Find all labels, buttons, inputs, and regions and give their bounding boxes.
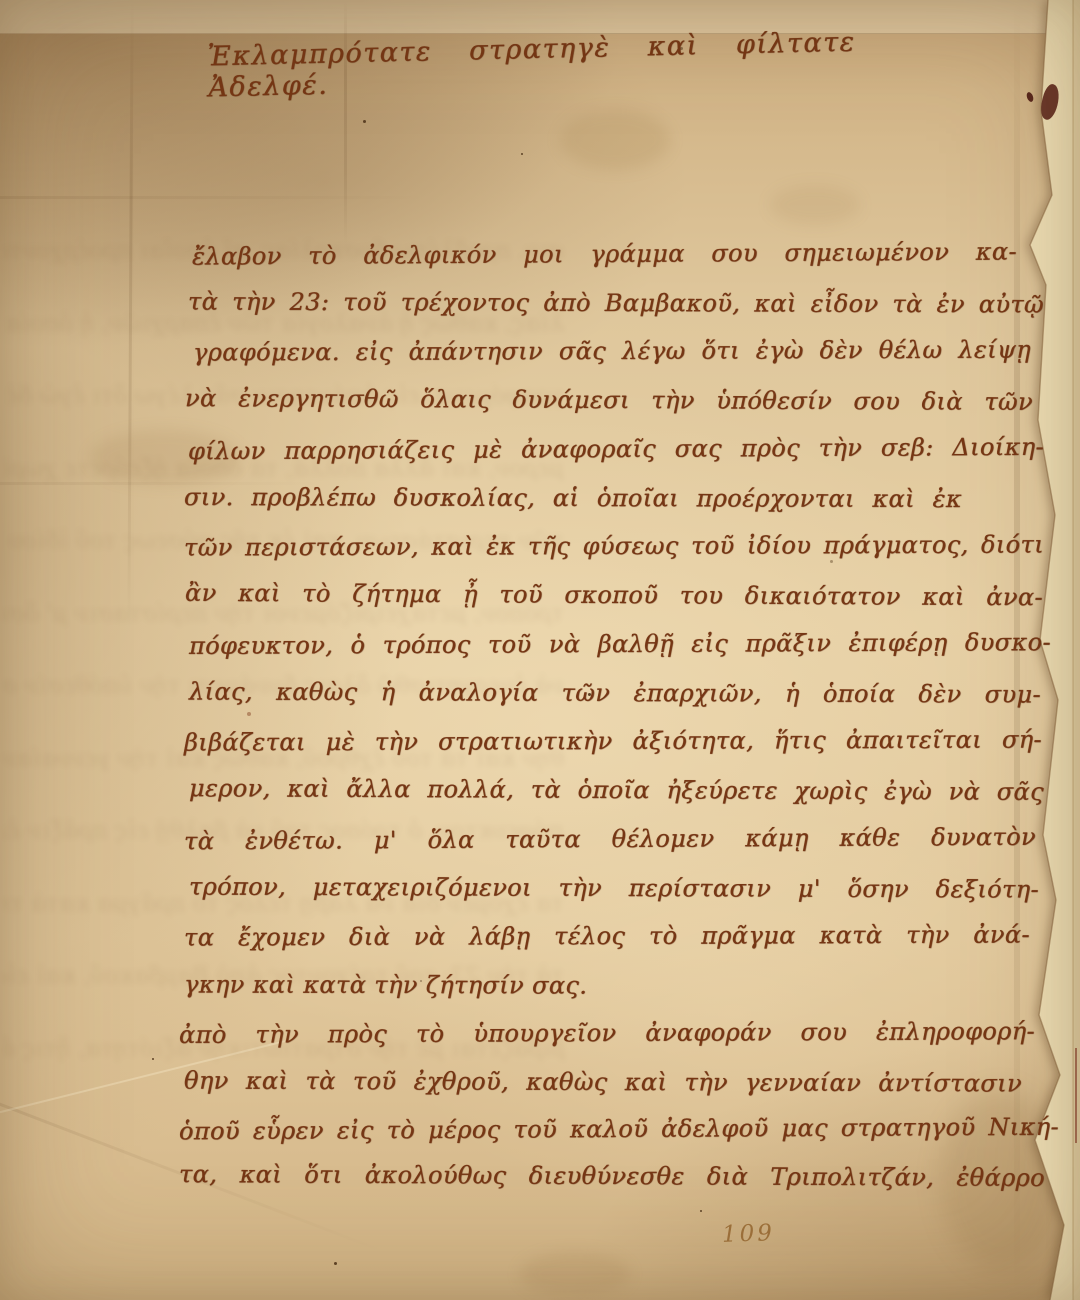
handwritten-line: θην καὶ τὰ τοῦ ἐχθροῦ, καθὼς καὶ τὴν γεν…: [184, 1058, 1022, 1107]
ink-speck: [363, 120, 366, 123]
handwritten-line: φίλων παρρησιάζεις μὲ ἀναφοραῖς σας πρὸς…: [188, 424, 1044, 474]
handwritten-line: τα ἔχομεν διὰ νὰ λάβῃ τέλος τὸ πρᾶγμα κα…: [184, 912, 1030, 961]
paper-stain: [560, 110, 670, 170]
manuscript-page: σιν. προβλέπω δυσκολίας, αἱ ὁποῖαι προέρ…: [0, 0, 1080, 1300]
handwritten-line: ἀπὸ τὴν πρὸς τὸ ὑπουργεῖον ἀναφοράν σου …: [179, 1008, 1035, 1058]
letter-heading: Ἐκλαμπρότατε στρατηγὲ καὶ φίλτατε Ἀδελφέ…: [207, 27, 856, 104]
ink-speck: [700, 1210, 702, 1212]
handwritten-line: σιν. προβλέπω δυσκολίας, αἱ ὁποῖαι προέρ…: [184, 474, 962, 522]
ink-speck: [334, 1262, 337, 1265]
handwritten-line: λίας, καθὼς ἡ ἀναλογία τῶν ἐπαρχιῶν, ἡ ὁ…: [189, 669, 1041, 718]
handwritten-line: πόφευκτον, ὁ τρόπος τοῦ νὰ βαλθῇ εἰς πρᾶ…: [189, 619, 1051, 669]
handwritten-line: μερον, καὶ ἄλλα πολλά, τὰ ὁποῖα ἠξεύρετε…: [189, 765, 1044, 815]
handwritten-line: βιβάζεται μὲ τὴν στρατιωτικὴν ἀξιότητα, …: [184, 717, 1042, 766]
page-number: 109: [722, 1220, 776, 1248]
crease-vertical-top: [344, 0, 347, 245]
handwritten-line: ὁποῦ εὗρεν εἰς τὸ μέρος τοῦ καλοῦ ἀδελφο…: [179, 1104, 1059, 1155]
handwritten-line: γραφόμενα. εἰς ἀπάντησιν σᾶς λέγω ὅτι ἐγ…: [193, 327, 1031, 376]
ink-speck: [521, 153, 523, 155]
handwritten-line: γκην καὶ κατὰ τὴν ζήτησίν σας.: [184, 961, 614, 1008]
handwritten-line: τρόπον, μεταχειριζόμενοι τὴν περίστασιν …: [189, 864, 1039, 913]
handwritten-line: τῶν περιστάσεων, καὶ ἐκ τῆς φύσεως τοῦ ἰ…: [184, 521, 1044, 570]
crease-horizontal-upper: [0, 196, 430, 199]
paper-stain: [770, 185, 860, 225]
edge-ink-mark: [1075, 1048, 1077, 1143]
ink-speck: [152, 1058, 154, 1060]
paper-stain: [520, 1252, 630, 1296]
handwritten-line: τα, καὶ ὅτι ἀκολούθως διευθύνεσθε διὰ Τρ…: [179, 1151, 1045, 1201]
handwritten-line: τὰ ἐνθέτω. μ' ὅλα ταῦτα θέλομεν κάμῃ κάθ…: [184, 814, 1036, 864]
handwritten-line: ἂν καὶ τὸ ζήτημα ᾖ τοῦ σκοποῦ του δικαιό…: [185, 570, 1043, 620]
handwritten-line: νὰ ἐνεργητισθῶ ὅλαις δυνάμεσι τὴν ὑπόθεσ…: [185, 375, 1033, 425]
handwritten-line: ἔλαβον τὸ ἀδελφικόν μοι γράμμα σου σημει…: [192, 228, 1017, 279]
top-fold-band: [0, 0, 1080, 34]
crease-vertical-left: [127, 0, 133, 630]
handwritten-line: τὰ τὴν 23: τοῦ τρέχοντος ἀπὸ Βαμβακοῦ, κ…: [188, 279, 1044, 328]
